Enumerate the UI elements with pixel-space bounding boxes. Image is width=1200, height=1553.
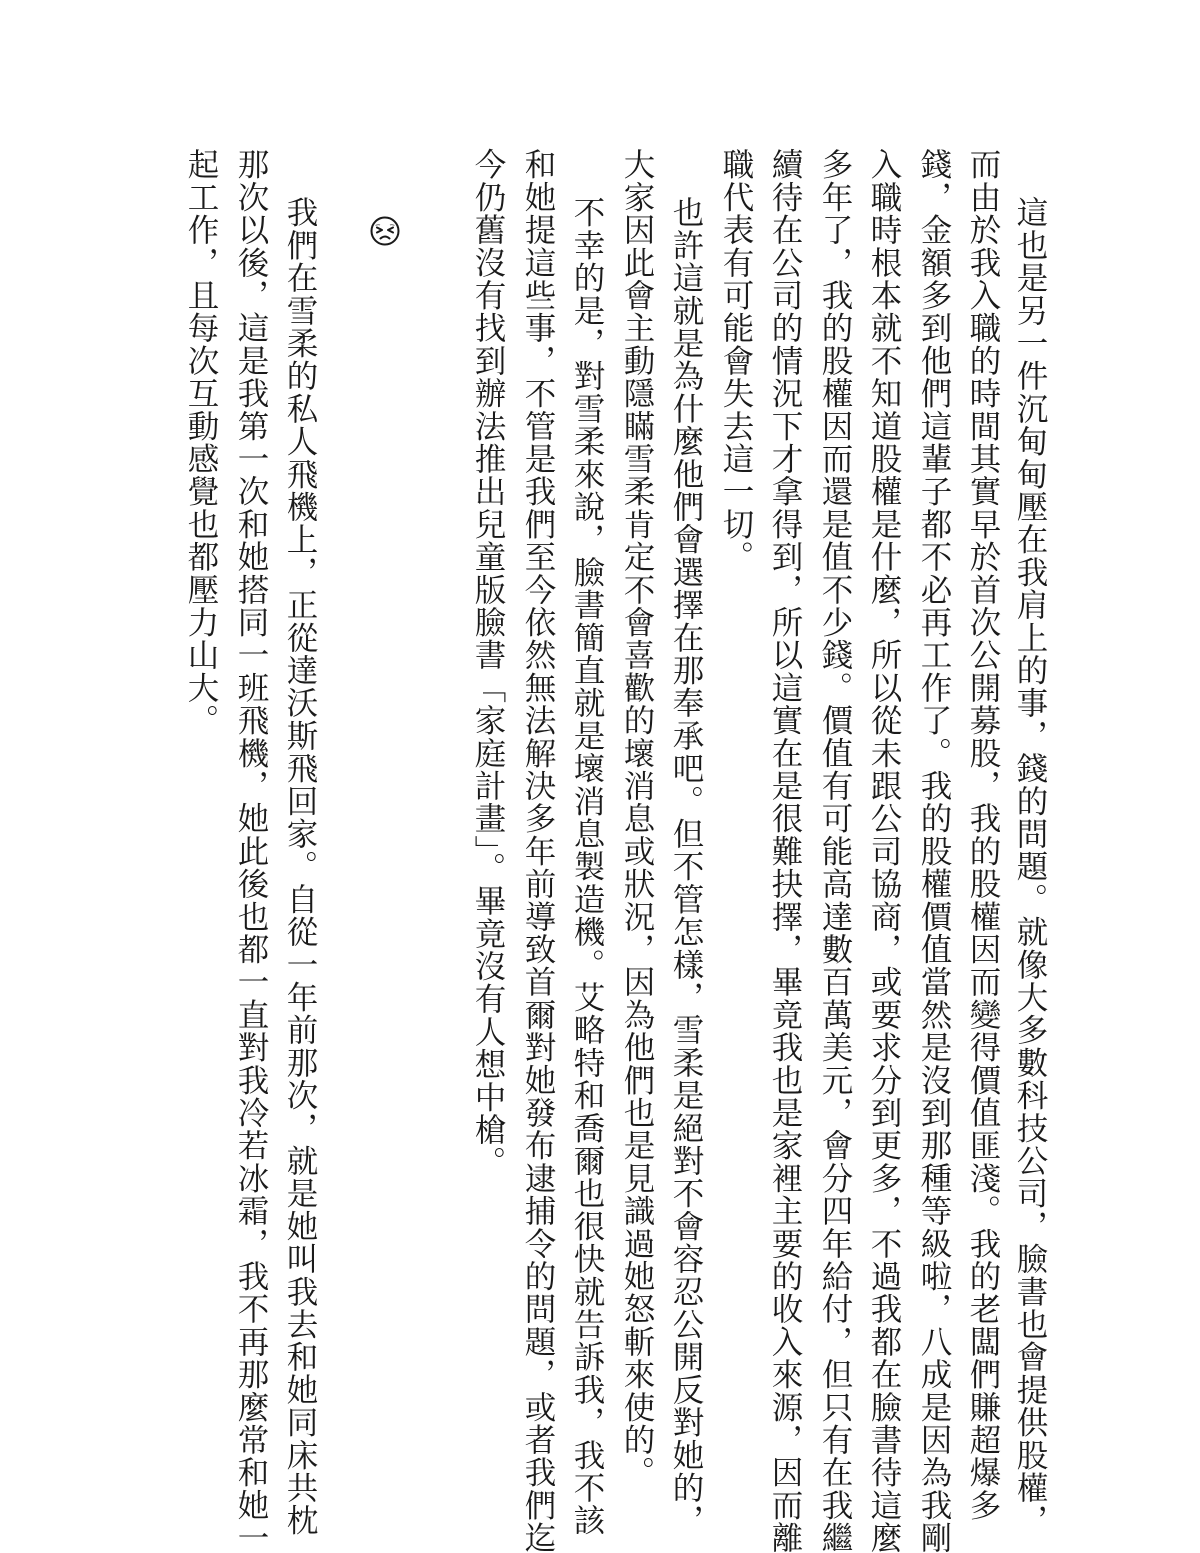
text-column: 而由於我入職的時間其實早於首次公開募股，我的股權因而變得價值匪淺。我的老闆們賺超… — [963, 148, 1003, 1521]
text-column: 那次以後，這是我第一次和她搭同一班飛機，她此後也都一直對我冷若冰霜，我不再那麼常… — [231, 148, 271, 1553]
text-column: 多年了，我的股權因而還是值不少錢。價值有可能高達數百萬美元，會分四年給付，但只有… — [815, 148, 855, 1553]
book-page: 這也是另一件沉甸甸壓在我肩上的事，錢的問題。就像大多數科技公司，臉書也會提供股權… — [0, 0, 1200, 1553]
text-column: 大家因此會主動隱瞞雪柔肯定不會喜歡的壞消息或狀況，因為他們也是見識過她怒斬來使的… — [617, 148, 657, 1489]
persevering-face-icon-svg — [369, 215, 401, 247]
text-column: 續待在公司的情況下才拿得到，所以這實在是很難抉擇，畢竟我也是家裡主要的收入來源，… — [765, 148, 805, 1553]
text-column: 我們在雪柔的私人飛機上，正從達沃斯飛回家。自從一年前那次，就是她叫我去和她同床共… — [280, 196, 320, 1537]
text-column: 職代表有可能會失去這一切。 — [716, 148, 756, 573]
text-column: 和她提這些事，不管是我們至今依然無法解決多年前導致首爾對她發布逮捕令的問題，或者… — [518, 148, 558, 1553]
text-column: 不幸的是，對雪柔來說，臉書簡直就是壞消息製造機。艾略特和喬爾也很快就告訴我，我不… — [567, 196, 607, 1537]
text-column: 也許這就是為什麼他們會選擇在那奉承吧。但不管怎樣，雪柔是絕對不會容忍公開反對她的… — [666, 196, 706, 1537]
persevering-face-icon — [369, 215, 401, 247]
text-column: 起工作，且每次互動感覺也都壓力山大。 — [181, 148, 221, 737]
text-column: 入職時根本就不知道股權是什麼，所以從未跟公司協商，或要求分到更多，不過我都在臉書… — [864, 148, 904, 1553]
text-column: 今仍舊沒有找到辦法推出兒童版臉書「家庭計畫」。畢竟沒有人想中槍。 — [468, 148, 508, 1179]
text-column: 這也是另一件沉甸甸壓在我肩上的事，錢的問題。就像大多數科技公司，臉書也會提供股權… — [1010, 196, 1050, 1537]
text-column: 錢，金額多到他們這輩子都不必再工作了。我的股權價值當然是沒到那種等級啦，八成是因… — [914, 148, 954, 1553]
